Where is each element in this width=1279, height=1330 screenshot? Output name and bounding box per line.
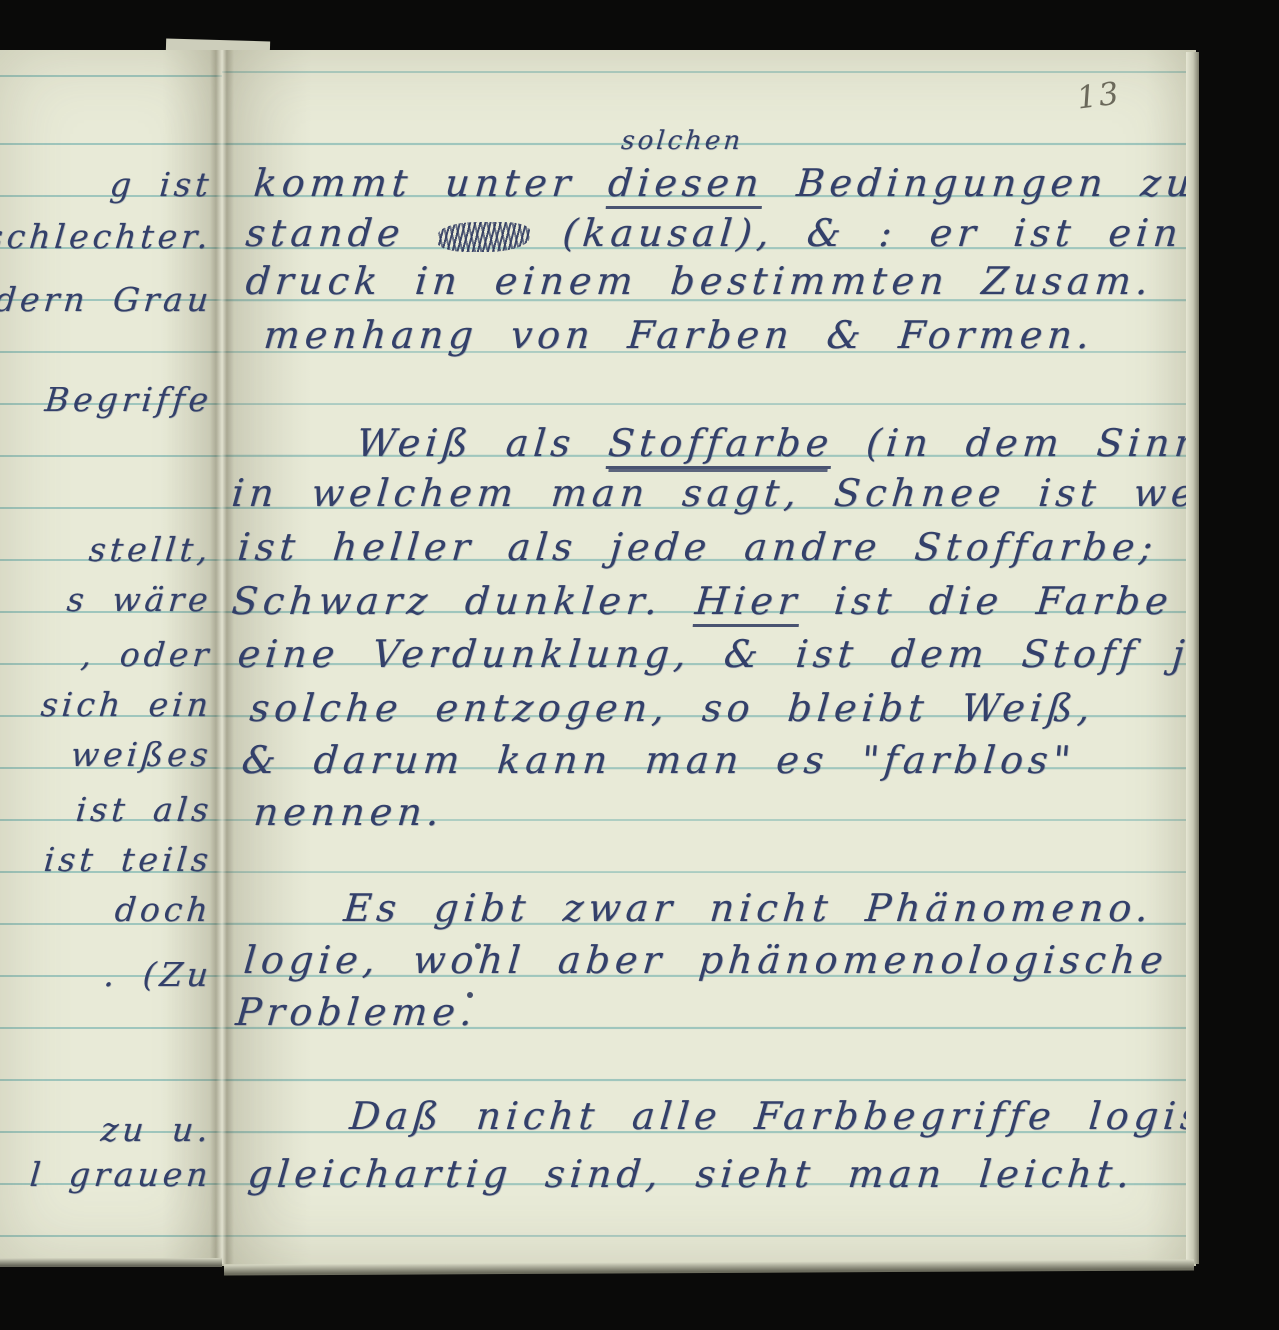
handwriting-line: solche entzogen, so bleibt Weiß,	[248, 686, 1097, 730]
binding-gutter	[210, 50, 234, 1264]
page-edge-bottom-left	[0, 1258, 222, 1267]
handwriting-line: Schwarz dunkler. Hier ist die Farbe	[230, 579, 1175, 623]
text-run: (in dem Sinne,	[831, 421, 1196, 465]
ink-dot	[467, 992, 473, 998]
left-page-line-fragment: sich ein	[39, 685, 213, 724]
handwriting-line: kommt unter diesen Bedingungen zu.	[252, 161, 1196, 205]
text-run: Weiß als	[355, 421, 610, 465]
handwriting-line: eine Verdunklung, & ist dem Stoff jede	[236, 632, 1196, 676]
text-run: Schwarz dunkler.	[230, 579, 697, 623]
text-run: solche entzogen, so bleibt Weiß,	[248, 686, 1097, 730]
underlined-word: Hier	[693, 579, 803, 627]
ink-dot	[475, 943, 481, 949]
text-run: kommt unter	[252, 161, 610, 205]
text-run: Es gibt zwar nicht Phänomeno.	[342, 886, 1155, 930]
underlined-word: diesen	[606, 161, 766, 209]
text-run: Bedingungen zu.	[762, 161, 1196, 205]
left-page-line-fragment: . (Zu	[102, 955, 213, 994]
handwriting-line: menhang von Farben & Formen.	[262, 313, 1096, 357]
handwriting-line: ist heller als jede andre Stoffarbe;	[236, 525, 1159, 569]
text-run: ist heller als jede andre Stoffarbe;	[236, 525, 1159, 569]
page-number: 13	[1075, 75, 1123, 116]
text-run: Daß nicht alle Farbbegriffe logisch	[348, 1094, 1196, 1138]
left-page-line-fragment: stellt,	[88, 530, 214, 569]
handwriting-line: Weiß als Stoffarbe (in dem Sinne,	[355, 421, 1196, 465]
text-run: (kausal), & : er ist ein Ein.	[528, 211, 1196, 255]
left-page-line-fragment: ist als	[74, 790, 214, 829]
text-run: eine Verdunklung, & ist dem Stoff jede	[236, 632, 1196, 676]
left-page-line-fragment: Begriffe	[43, 380, 214, 419]
handwriting-line: stande (kausal), & : er ist ein Ein.	[244, 211, 1196, 255]
handwriting-line: Es gibt zwar nicht Phänomeno.	[342, 886, 1155, 930]
text-run: nennen.	[252, 790, 446, 834]
left-page-edge: g ist schlechter. dern Grau Begriffe ste…	[0, 50, 222, 1262]
left-page-line-fragment: dern Grau	[0, 280, 214, 319]
left-page-line-fragment: l grauen	[29, 1155, 214, 1194]
left-page-line-fragment: doch	[114, 890, 214, 929]
text-run: menhang von Farben & Formen.	[262, 313, 1096, 357]
text-run: in welchem man sagt, Schnee ist weiß)	[230, 471, 1196, 515]
left-page-line-fragment: s wäre	[66, 580, 214, 619]
handwriting-line: nennen.	[252, 790, 446, 834]
handwriting-line: & darum kann man es "farblos"	[240, 738, 1077, 782]
text-run: stande	[244, 211, 440, 255]
handwriting-line: Probleme.	[234, 990, 479, 1034]
text-run: druck in einem bestimmten Zusam.	[244, 259, 1155, 303]
left-page-line-fragment: , oder	[79, 635, 214, 674]
scribbled-out-word	[436, 222, 531, 252]
handwriting-line: Daß nicht alle Farbbegriffe logisch	[348, 1094, 1196, 1138]
left-page-line-fragment: ist teils	[42, 840, 213, 879]
left-page-line-fragment: zu u.	[99, 1110, 213, 1149]
handwriting-line: in welchem man sagt, Schnee ist weiß)	[230, 471, 1196, 515]
text-run: gleichartig sind, sieht man leicht.	[246, 1152, 1136, 1196]
text-run: & darum kann man es "farblos"	[240, 738, 1077, 782]
notebook-page: 13 solchen kommt unter diesen Bedingunge…	[222, 50, 1196, 1266]
handwriting-line: druck in einem bestimmten Zusam.	[244, 259, 1155, 303]
text-run: logie, wohl aber phänomenologische	[242, 938, 1170, 982]
inserted-word: solchen	[620, 126, 744, 156]
left-page-line-fragment: g ist	[108, 165, 214, 204]
left-page-line-fragment: weißes	[69, 735, 213, 774]
text-run: Probleme.	[234, 990, 479, 1034]
handwriting-line: gleichartig sind, sieht man leicht.	[246, 1152, 1136, 1196]
left-page-line-fragment: schlechter.	[0, 217, 214, 256]
underlined-word: Stoffarbe	[606, 421, 835, 469]
page-edge-right	[1186, 52, 1199, 1264]
text-run: ist die Farbe	[799, 579, 1174, 623]
notebook-photo: g ist schlechter. dern Grau Begriffe ste…	[0, 0, 1279, 1330]
handwriting-line: logie, wohl aber phänomenologische	[242, 938, 1170, 982]
